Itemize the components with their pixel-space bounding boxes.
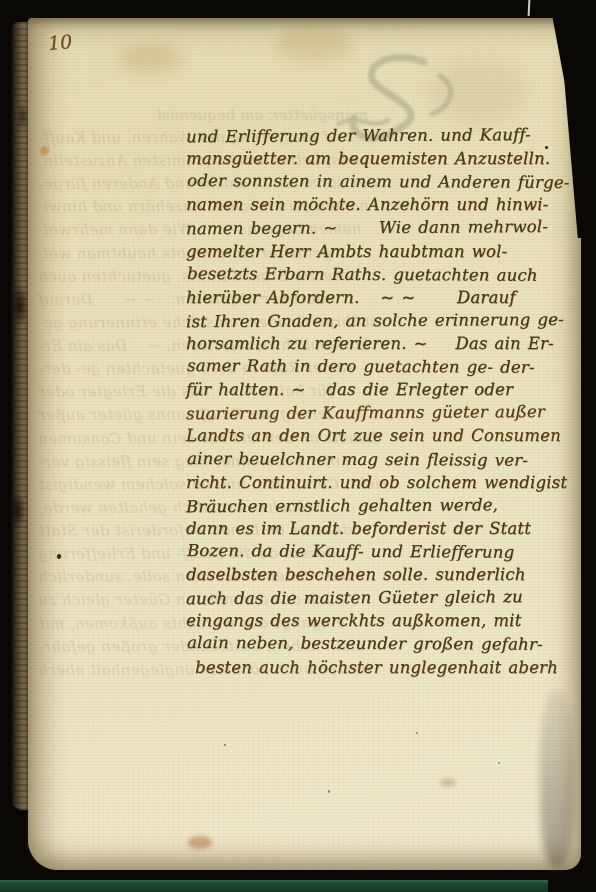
scan-background: und Erlifferung der Wahren. und Kauff-ma… xyxy=(0,0,596,892)
manuscript-page: und Erlifferung der Wahren. und Kauff-ma… xyxy=(28,18,581,870)
manuscript-line: daselbsten beschehen solle. sunderlich xyxy=(186,565,582,588)
manuscript-line: alain neben, bestzeunder großen gefahr- xyxy=(187,633,583,658)
rust-stain xyxy=(188,836,212,849)
paper-stain xyxy=(274,28,352,62)
bleedthrough-fragment: mansgüetter. am bequemisten Anzustelln. xyxy=(158,106,368,124)
manuscript-line: oder sonnsten in ainem und Anderen fürge… xyxy=(187,171,583,196)
manuscript-line: Landts an den Ort zue sein und Consumen xyxy=(186,426,582,449)
manuscript-line: namen sein möchte. Anzehörn und hinwi- xyxy=(186,195,582,218)
ink-speck xyxy=(498,762,500,764)
rust-stain xyxy=(40,146,49,155)
manuscript-line: Bozen. da die Kauff- und Erliefferung xyxy=(187,541,583,566)
manuscript-line: suarierung der Kauffmanns güeter außer xyxy=(186,402,582,428)
table-edge-strip xyxy=(0,880,548,892)
paper-stain xyxy=(118,42,182,74)
manuscript-line: gemelter Herr Ambts haubtman wol- xyxy=(186,242,582,265)
manuscript-line: hierüber Abfordern. ~ ~ Darauf xyxy=(186,288,582,311)
folio-number: 10 xyxy=(47,31,73,55)
scratch-mark xyxy=(528,0,531,16)
ink-speck xyxy=(328,790,330,793)
manuscript-line: samer Rath in dero guetachten ge- der- xyxy=(187,356,583,381)
manuscript-line: horsamlich zu referieren. ~ Das ain Er- xyxy=(186,334,582,357)
edge-smudge xyxy=(540,690,574,868)
manuscript-line: Bräuchen ernstlich gehalten werde, xyxy=(186,495,582,521)
manuscript-line: ist Ihren Gnaden, an solche erinnerung g… xyxy=(186,310,582,336)
manuscript-line: für haltten. ~ das die Erlegter oder xyxy=(186,380,582,403)
ink-speck xyxy=(224,744,226,746)
ink-speck xyxy=(416,732,418,734)
manuscript-line: auch das die maisten Güeter gleich zu xyxy=(186,587,582,613)
rust-stain xyxy=(440,778,456,787)
manuscript-line: und Erlifferung der Wahren. und Kauff- xyxy=(186,125,582,151)
paper-stain xyxy=(430,60,526,122)
manuscript-line: dann es im Landt. beforderist der Statt xyxy=(186,519,582,542)
manuscript-line: ainer beuelchner mag sein fleissig ver- xyxy=(187,448,583,473)
manuscript-line: richt. Continuirt. und ob solchem wendig… xyxy=(186,473,582,496)
manuscript-text-block: und Erlifferung der Wahren. und Kauff- m… xyxy=(186,126,582,681)
manuscript-line: besetzts Erbarn Raths. guetachten auch xyxy=(187,264,583,289)
manuscript-line: eingangs des werckhts außkomen, mit xyxy=(186,611,582,634)
manuscript-line: mansgüetter. am bequemisten Anzustelln. xyxy=(186,149,582,172)
manuscript-line: besten auch höchster unglegenhait aberh xyxy=(186,658,582,681)
ink-speck xyxy=(57,554,61,559)
manuscript-line: namen begern. ~ Wie dann mehrwol- xyxy=(186,217,582,243)
